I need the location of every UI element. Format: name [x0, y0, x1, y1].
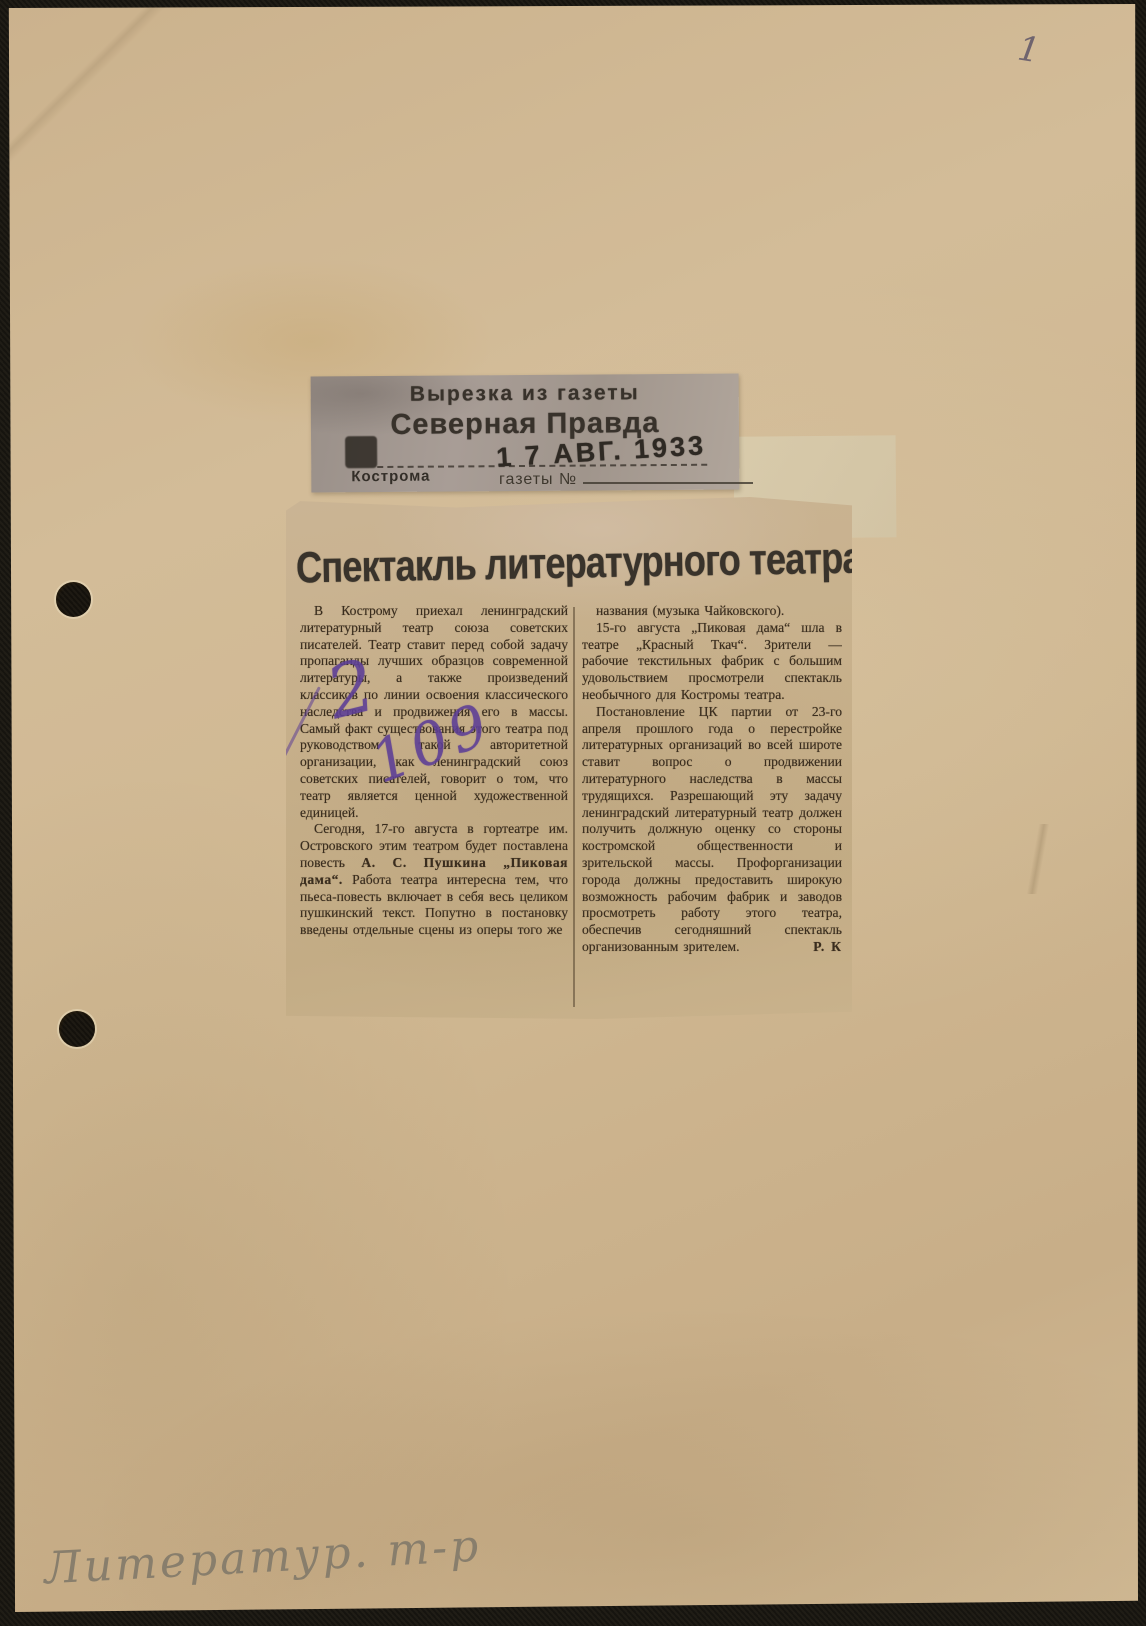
punch-hole-bottom	[59, 1011, 95, 1047]
paper-crease-right	[978, 824, 1098, 894]
left-paragraph-2: Сегодня, 17-го августа в гортеатре им. О…	[300, 821, 568, 939]
newspaper-clipping: Спектакль литературного театра В Костром…	[286, 497, 852, 1019]
archival-scan: 1 Вырезка из газеты Северная Правда 1 7 …	[0, 0, 1146, 1626]
gazette-number-line: газеты №	[499, 471, 753, 489]
ink-blot	[345, 436, 377, 468]
right-paragraph-3: Постановление ЦК партии от 23-го апреля …	[582, 704, 842, 956]
right-paragraph-2: 15-го августа „Пиковая дама“ шла в театр…	[582, 620, 842, 704]
column-divider-rule	[573, 607, 575, 1007]
right-paragraph-3-text: Постановление ЦК партии от 23-го апреля …	[582, 704, 842, 954]
paper-crease-top-left	[0, 0, 196, 184]
stamp-source-label: Вырезка из газеты	[311, 381, 739, 408]
punch-hole-top	[56, 582, 91, 617]
gazette-number-label: газеты №	[499, 471, 577, 488]
right-paragraph-1: названия (музыка Чайковского).	[582, 603, 842, 620]
clipping-headline: Спектакль литературного театра	[296, 535, 810, 593]
clipping-column-right: названия (музыка Чайковского). 15-го авг…	[582, 603, 842, 1009]
stamp-city: Кострома	[351, 468, 430, 486]
author-signature: Р. К	[799, 939, 842, 956]
gazette-number-blank	[583, 482, 753, 484]
